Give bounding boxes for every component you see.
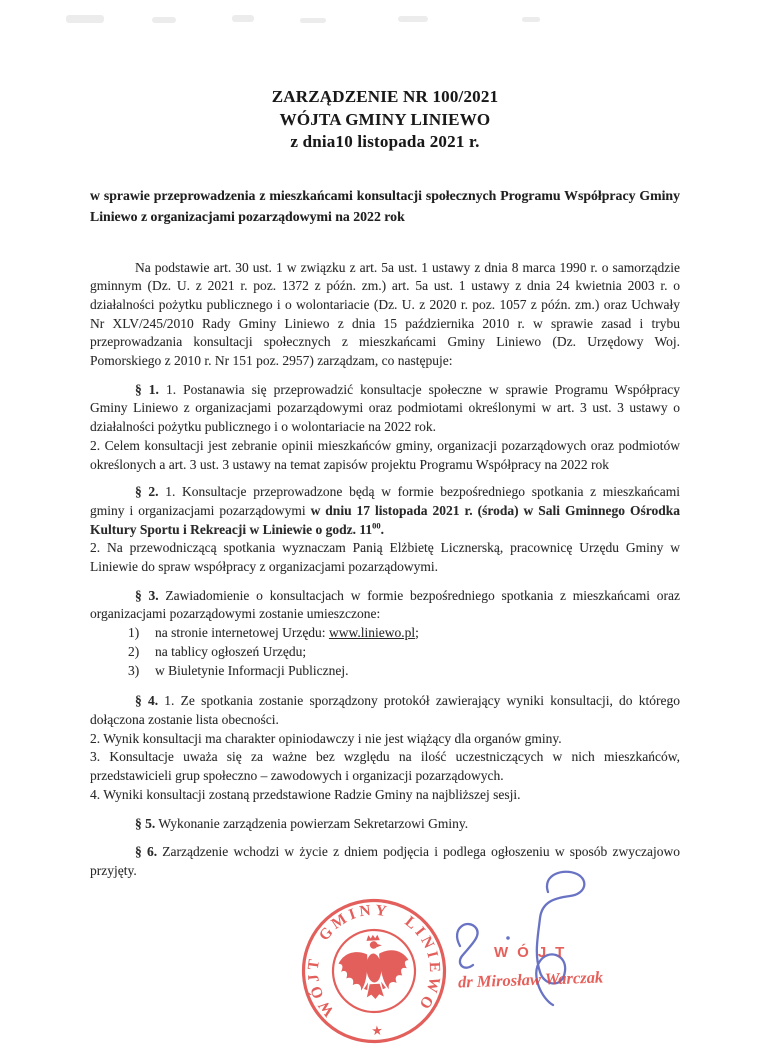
section-5-text: Wykonanie zarządzenia powierzam Sekretar… bbox=[155, 816, 468, 831]
section-2: § 2. 1. Konsultacje przeprowadzone będą … bbox=[90, 483, 680, 577]
section-6: § 6. Zarządzenie wchodzi w życie z dniem… bbox=[90, 843, 680, 880]
signer-title-stamp: WÓJT bbox=[494, 944, 573, 961]
section-5-point: § 5. Wykonanie zarządzenia powierzam Sek… bbox=[90, 815, 680, 834]
scan-artifact bbox=[300, 18, 326, 23]
section-5-label: § 5. bbox=[135, 816, 155, 831]
scanned-document-page: ZARZĄDZENIE NR 100/2021 WÓJTA GMINY LINI… bbox=[0, 0, 768, 1056]
scan-artifact bbox=[152, 17, 176, 23]
scan-artifact bbox=[522, 17, 540, 22]
document-title: ZARZĄDZENIE NR 100/2021 WÓJTA GMINY LINI… bbox=[90, 86, 680, 154]
scan-artifact bbox=[398, 16, 428, 22]
section-1: § 1. 1. Postanawia się przeprowadzić kon… bbox=[90, 381, 680, 475]
polish-eagle-icon bbox=[337, 933, 410, 1001]
list-item-number: 1) bbox=[128, 624, 155, 643]
stamp-ring-text: WÓJT GMINY LINIEWO bbox=[301, 898, 445, 1021]
section-2-point-2: 2. Na przewodniczącą spotkania wyznaczam… bbox=[90, 539, 680, 576]
title-line-issuer: WÓJTA GMINY LINIEWO bbox=[90, 109, 680, 132]
section-4-text-1: 1. Ze spotkania zostanie sporządzony pro… bbox=[90, 693, 680, 727]
legal-preamble: Na podstawie art. 30 ust. 1 w związku z … bbox=[90, 259, 680, 371]
section-5: § 5. Wykonanie zarządzenia powierzam Sek… bbox=[90, 815, 680, 834]
document-subject: w sprawie przeprowadzenia z mieszkańcami… bbox=[90, 185, 680, 227]
handwritten-signature bbox=[430, 866, 670, 1016]
stamp-inner-ring-icon bbox=[331, 928, 417, 1014]
title-line-ordinance-number: ZARZĄDZENIE NR 100/2021 bbox=[90, 86, 680, 109]
section-6-text: Zarządzenie wchodzi w życie z dniem podj… bbox=[90, 844, 680, 878]
website-url-text: www.liniewo.pl bbox=[329, 625, 415, 640]
document-body: ZARZĄDZENIE NR 100/2021 WÓJTA GMINY LINI… bbox=[90, 86, 680, 881]
list-item-website: 1)na stronie internetowej Urzędu: www.li… bbox=[128, 624, 680, 643]
section-2-point-1: § 2. 1. Konsultacje przeprowadzone będą … bbox=[90, 483, 680, 539]
list-item-number: 3) bbox=[128, 662, 155, 681]
section-2-label: § 2. bbox=[135, 484, 159, 499]
section-6-point: § 6. Zarządzenie wchodzi w życie z dniem… bbox=[90, 843, 680, 880]
scan-artifact bbox=[66, 15, 104, 23]
section-1-text-1: 1. Postanawia się przeprowadzić konsulta… bbox=[90, 382, 680, 434]
section-3-intro: § 3. Zawiadomienie o konsultacjach w for… bbox=[90, 587, 680, 624]
signer-name-stamp: dr Mirosław Warczak bbox=[458, 967, 604, 992]
list-item-text: na tablicy ogłoszeń Urzędu; bbox=[155, 644, 306, 659]
section-2-bold-period: . bbox=[381, 522, 384, 537]
stamp-star: ★ bbox=[371, 1023, 383, 1039]
section-4-point-3: 3. Konsultacje uważa się za ważne bez wz… bbox=[90, 748, 680, 785]
section-1-label: § 1. bbox=[135, 382, 159, 397]
list-item-punctuation: ; bbox=[415, 625, 419, 640]
stamp-outer-ring-icon bbox=[300, 897, 448, 1045]
section-4-label: § 4. bbox=[135, 693, 158, 708]
scan-artifact bbox=[232, 15, 254, 22]
list-item-text: na stronie internetowej Urzędu: bbox=[155, 625, 329, 640]
list-item-public-bulletin: 3)w Biuletynie Informacji Publicznej. bbox=[128, 662, 680, 681]
official-round-stamp: WÓJT GMINY LINIEWO ★ bbox=[295, 892, 453, 1050]
section-3-intro-text: Zawiadomienie o konsultacjach w formie b… bbox=[90, 588, 680, 622]
list-item-notice-board: 2)na tablicy ogłoszeń Urzędu; bbox=[128, 643, 680, 662]
section-4: § 4. 1. Ze spotkania zostanie sporządzon… bbox=[90, 692, 680, 804]
meeting-hour-superscript: 00 bbox=[372, 520, 381, 530]
section-6-label: § 6. bbox=[135, 844, 157, 859]
section-1-point-2: 2. Celem konsultacji jest zebranie opini… bbox=[90, 437, 680, 474]
section-3: § 3. Zawiadomienie o konsultacjach w for… bbox=[90, 587, 680, 681]
list-item-number: 2) bbox=[128, 643, 155, 662]
section-3-label: § 3. bbox=[135, 588, 159, 603]
section-4-point-4: 4. Wyniki konsultacji zostaną przedstawi… bbox=[90, 786, 680, 805]
section-4-point-2: 2. Wynik konsultacji ma charakter opinio… bbox=[90, 730, 680, 749]
section-1-point-1: § 1. 1. Postanawia się przeprowadzić kon… bbox=[90, 381, 680, 437]
section-4-point-1: § 4. 1. Ze spotkania zostanie sporządzon… bbox=[90, 692, 680, 729]
title-line-date: z dnia10 listopada 2021 r. bbox=[90, 131, 680, 154]
list-item-text: w Biuletynie Informacji Publicznej. bbox=[155, 663, 348, 678]
